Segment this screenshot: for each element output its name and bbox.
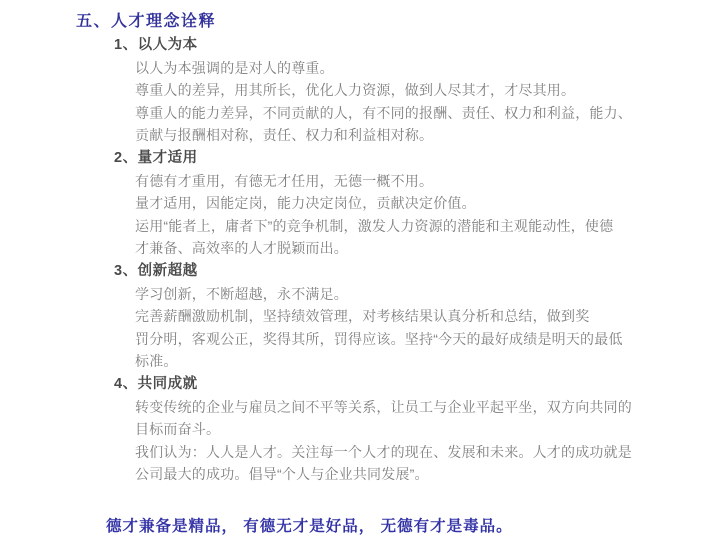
section-mutual-success: 4、共同成就 转变传统的企业与雇员之间不平等关系，让员工与企业平起平坐，双方向共… [0,373,725,486]
section-2-heading: 2、量才适用 [114,147,725,170]
text-line: 我们认为：人人是人才。关注每一个人才的现在、发展和未来。人才的成功就是 [135,441,725,464]
section-innovation: 3、创新超越 学习创新，不断超越，永不满足。 完善薪酬激励机制，坚持绩效管理，对… [0,260,725,373]
text-line: 学习创新，不断超越，永不满足。 [135,283,725,306]
section-4-heading: 4、共同成就 [114,373,725,396]
text-line: 公司最大的成功。倡导“个人与企业共同发展”。 [135,463,725,486]
text-line: 才兼备、高效率的人才脱颖而出。 [135,237,725,260]
text-line: 运用“能者上，庸者下”的竞争机制，激发人力资源的潜能和主观能动性，使德 [135,215,725,238]
text-line: 贡献与报酬相对称，责任、权力和利益相对称。 [135,124,725,147]
section-talent-fit: 2、量才适用 有德有才重用，有德无才任用，无德一概不用。 量才适用，因能定岗，能… [0,147,725,260]
text-line: 转变传统的企业与雇员之间不平等关系，让员工与企业平起平坐，双方向共同的 [135,396,725,419]
text-line: 有德有才重用，有德无才任用，无德一概不用。 [135,170,725,193]
document-page: 五、人才理念诠释 1、以人为本 以人为本强调的是对人的尊重。 尊重人的差异，用其… [0,0,725,542]
text-line: 完善薪酬激励机制，坚持绩效管理，对考核结果认真分析和总结，做到奖 [135,305,725,328]
footer-slogan: 德才兼备是精品， 有德无才是好品， 无德有才是毒品。 [106,514,725,536]
section-3-heading: 3、创新超越 [114,260,725,283]
page-title: 五、人才理念诠释 [76,10,725,34]
text-line: 尊重人的差异，用其所长，优化人力资源，做到人尽其才，才尽其用。 [135,79,725,102]
text-line: 标准。 [135,350,725,373]
section-people-first: 1、以人为本 以人为本强调的是对人的尊重。 尊重人的差异，用其所长，优化人力资源… [0,34,725,147]
text-line: 罚分明，客观公正，奖得其所，罚得应该。坚持“今天的最好成绩是明天的最低 [135,328,725,351]
text-line: 量才适用，因能定岗，能力决定岗位，贡献决定价值。 [135,192,725,215]
text-line: 以人为本强调的是对人的尊重。 [135,57,725,80]
text-line: 目标而奋斗。 [135,418,725,441]
text-line: 尊重人的能力差异，不同贡献的人，有不同的报酬、责任、权力和利益，能力、 [135,102,725,125]
section-1-heading: 1、以人为本 [114,34,725,57]
